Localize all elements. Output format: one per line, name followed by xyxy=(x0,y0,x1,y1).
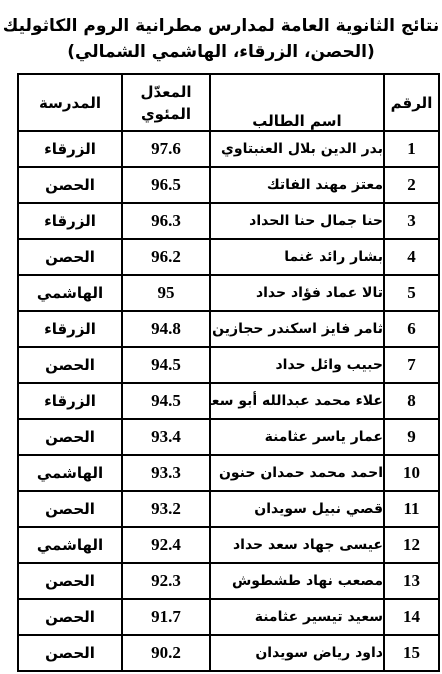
student-name-cell: سعيد تيسير عثامنة xyxy=(210,599,384,635)
average-cell: 92.3 xyxy=(122,563,210,599)
header-average-line1: المعدّل xyxy=(123,81,209,103)
result-row: 2 معتز مهند الفاتك 96.5 الحصن xyxy=(18,167,439,203)
school-cell: الحصن xyxy=(18,635,122,671)
school-cell: الهاشمي xyxy=(18,527,122,563)
rank-cell: 10 xyxy=(384,455,439,491)
result-row: 7 حبيب وائل حداد 94.5 الحصن xyxy=(18,347,439,383)
student-name-cell: قصي نبيل سويدان xyxy=(210,491,384,527)
school-cell: الزرقاء xyxy=(18,203,122,239)
results-table: الرقم اسم الطالب المعدّل المئوي المدرسة … xyxy=(17,73,440,672)
school-cell: الحصن xyxy=(18,347,122,383)
average-cell: 93.3 xyxy=(122,455,210,491)
document-title: نتائج الثانوية العامة لمدارس مطرانية الر… xyxy=(0,13,442,65)
result-row: 11 قصي نبيل سويدان 93.2 الحصن xyxy=(18,491,439,527)
rank-cell: 12 xyxy=(384,527,439,563)
school-cell: الحصن xyxy=(18,563,122,599)
school-cell: الزرقاء xyxy=(18,131,122,167)
average-cell: 94.5 xyxy=(122,383,210,419)
rank-cell: 3 xyxy=(384,203,439,239)
student-name-cell: احمد محمد حمدان حنون xyxy=(210,455,384,491)
student-name-cell: داود رياض سويدان xyxy=(210,635,384,671)
result-row: 12 عيسى جهاد سعد حداد 92.4 الهاشمي xyxy=(18,527,439,563)
rank-cell: 2 xyxy=(384,167,439,203)
rank-cell: 14 xyxy=(384,599,439,635)
header-row: الرقم اسم الطالب المعدّل المئوي المدرسة xyxy=(18,74,439,131)
rank-cell: 15 xyxy=(384,635,439,671)
school-cell: الحصن xyxy=(18,167,122,203)
average-cell: 94.8 xyxy=(122,311,210,347)
results-table-body: 1 بدر الدين بلال العنبتاوي 97.6 الزرقاء … xyxy=(18,131,439,671)
school-cell: الحصن xyxy=(18,239,122,275)
result-row: 8 علاء محمد عبدالله أبو سعد 94.5 الزرقاء xyxy=(18,383,439,419)
student-name-cell: مصعب نهاد طشطوش xyxy=(210,563,384,599)
rank-cell: 4 xyxy=(384,239,439,275)
school-cell: الهاشمي xyxy=(18,275,122,311)
average-cell: 96.2 xyxy=(122,239,210,275)
rank-cell: 13 xyxy=(384,563,439,599)
school-cell: الحصن xyxy=(18,419,122,455)
header-school: المدرسة xyxy=(18,74,122,131)
rank-cell: 1 xyxy=(384,131,439,167)
result-row: 9 عمار ياسر عثامنة 93.4 الحصن xyxy=(18,419,439,455)
school-cell: الزرقاء xyxy=(18,383,122,419)
rank-cell: 9 xyxy=(384,419,439,455)
header-average: المعدّل المئوي xyxy=(122,74,210,131)
average-cell: 93.4 xyxy=(122,419,210,455)
title-line1: نتائج الثانوية العامة لمدارس مطرانية الر… xyxy=(0,13,442,39)
school-cell: الحصن xyxy=(18,491,122,527)
school-cell: الهاشمي xyxy=(18,455,122,491)
average-cell: 96.3 xyxy=(122,203,210,239)
result-row: 14 سعيد تيسير عثامنة 91.7 الحصن xyxy=(18,599,439,635)
average-cell: 91.7 xyxy=(122,599,210,635)
result-row: 3 حنا جمال حنا الحداد 96.3 الزرقاء xyxy=(18,203,439,239)
student-name-cell: حبيب وائل حداد xyxy=(210,347,384,383)
student-name-cell: حنا جمال حنا الحداد xyxy=(210,203,384,239)
rank-cell: 6 xyxy=(384,311,439,347)
rank-cell: 5 xyxy=(384,275,439,311)
result-row: 13 مصعب نهاد طشطوش 92.3 الحصن xyxy=(18,563,439,599)
rank-cell: 8 xyxy=(384,383,439,419)
header-student-name: اسم الطالب xyxy=(210,74,384,131)
student-name-cell: معتز مهند الفاتك xyxy=(210,167,384,203)
average-cell: 93.2 xyxy=(122,491,210,527)
result-row: 10 احمد محمد حمدان حنون 93.3 الهاشمي xyxy=(18,455,439,491)
average-cell: 95 xyxy=(122,275,210,311)
student-name-cell: بشار رائد غنما xyxy=(210,239,384,275)
result-row: 6 ثامر فايز اسكندر حجازين 94.8 الزرقاء xyxy=(18,311,439,347)
student-name-cell: علاء محمد عبدالله أبو سعد xyxy=(210,383,384,419)
rank-cell: 11 xyxy=(384,491,439,527)
student-name-cell: تالا عماد فؤاد حداد xyxy=(210,275,384,311)
school-cell: الزرقاء xyxy=(18,311,122,347)
title-line2: (الحصن، الزرقاء، الهاشمي الشمالي) xyxy=(0,39,442,65)
student-name-cell: عيسى جهاد سعد حداد xyxy=(210,527,384,563)
header-average-line2: المئوي xyxy=(123,103,209,125)
student-name-cell: عمار ياسر عثامنة xyxy=(210,419,384,455)
average-cell: 92.4 xyxy=(122,527,210,563)
result-row: 1 بدر الدين بلال العنبتاوي 97.6 الزرقاء xyxy=(18,131,439,167)
student-name-cell: بدر الدين بلال العنبتاوي xyxy=(210,131,384,167)
result-row: 4 بشار رائد غنما 96.2 الحصن xyxy=(18,239,439,275)
average-cell: 97.6 xyxy=(122,131,210,167)
average-cell: 90.2 xyxy=(122,635,210,671)
rank-cell: 7 xyxy=(384,347,439,383)
average-cell: 94.5 xyxy=(122,347,210,383)
result-row: 5 تالا عماد فؤاد حداد 95 الهاشمي xyxy=(18,275,439,311)
header-rank: الرقم xyxy=(384,74,439,131)
result-row: 15 داود رياض سويدان 90.2 الحصن xyxy=(18,635,439,671)
average-cell: 96.5 xyxy=(122,167,210,203)
student-name-cell: ثامر فايز اسكندر حجازين xyxy=(210,311,384,347)
school-cell: الحصن xyxy=(18,599,122,635)
document-page: نتائج الثانوية العامة لمدارس مطرانية الر… xyxy=(0,0,442,674)
